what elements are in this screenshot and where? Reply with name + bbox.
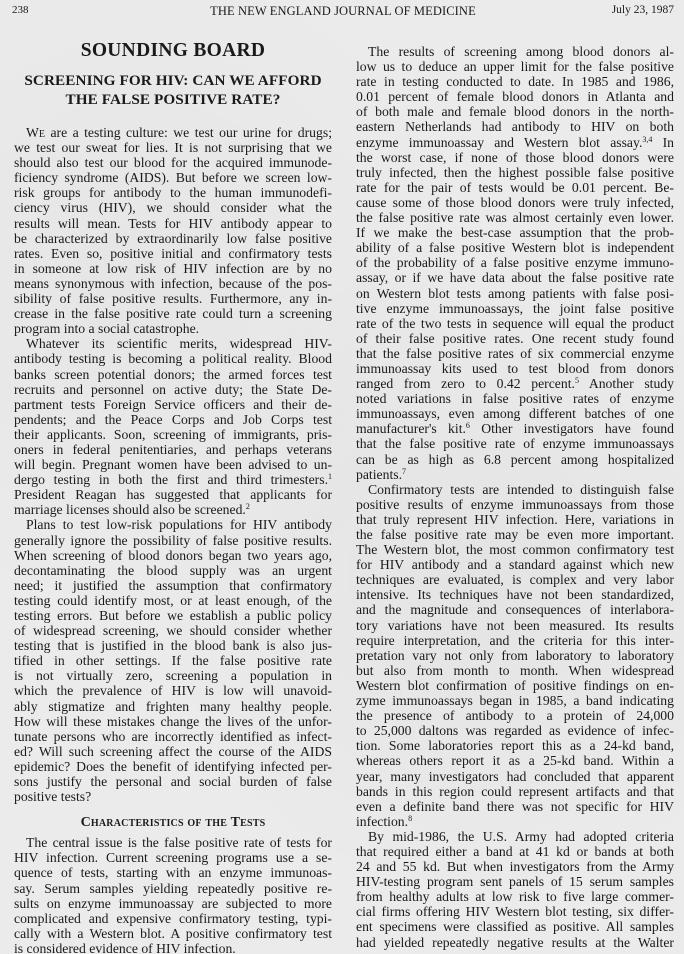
text-line: had yielded repeatedly negative results … — [356, 935, 674, 950]
text-line: Confirmatory tests are intended to disti… — [356, 482, 674, 497]
text-line: dergo testing in both the first and thir… — [14, 472, 332, 487]
text-line: tive enzyme immunoassays, the joint fals… — [356, 301, 674, 316]
text-line: which the prevalence of HIV is low will … — [14, 683, 332, 698]
text-line: tunate persons who are incorrectly ident… — [14, 729, 332, 744]
text-line: in someone at low risk of HIV infection … — [14, 261, 332, 276]
text-line: results will mean. Tests for HIV antibod… — [14, 216, 332, 231]
text-line: means synonymous with infection, because… — [14, 276, 332, 291]
text-line: on Western blot tests among patients wit… — [356, 286, 674, 301]
text-line: cally with a Western blot. A positive co… — [14, 926, 332, 941]
text-line: assay, or if we have data about the fals… — [356, 270, 674, 285]
text-line: The results of screening among blood don… — [356, 44, 674, 59]
text-line: that the false positive rate of enzyme i… — [356, 436, 674, 451]
text-line: should also test our blood for the acqui… — [14, 155, 332, 170]
paragraph-low-risk-plans: Plans to test low-risk populations for H… — [14, 517, 332, 804]
text-line: from healthy adults at low risk to five … — [356, 889, 674, 904]
text-line: to 25,000 daltons was regarded as eviden… — [356, 723, 674, 738]
text-line: rates. Even so, positive initial and con… — [14, 246, 332, 261]
text-line: When screening of blood donors began two… — [14, 548, 332, 563]
text-line: 0.01 percent of female blood donors in A… — [356, 89, 674, 104]
paragraph-army-criteria: By mid-1986, the U.S. Army had adopted c… — [356, 829, 674, 950]
paragraph-blood-donors: The results of screening among blood don… — [356, 44, 674, 482]
text-line: partment tests Foreign Service officers … — [14, 397, 332, 412]
text-line: The central issue is the false positive … — [14, 835, 332, 850]
text-line: oners in federal penitentiaries, and per… — [14, 442, 332, 457]
text-line: year, many investigators had concluded t… — [356, 769, 674, 784]
subheading-characteristics: Characteristics of the Tests — [14, 815, 332, 831]
article-title: SCREENING FOR HIV: CAN WE AFFORD THE FAL… — [14, 71, 332, 109]
text-line: ed? Will such screening affect the cours… — [14, 744, 332, 759]
text-line: ably stigmatize and frighten many health… — [14, 699, 332, 714]
text-line: noted variations in false positive rates… — [356, 391, 674, 406]
text-line: and the magnitude and consequences of in… — [356, 602, 674, 617]
text-line: for HIV antibody and a standard against … — [356, 557, 674, 572]
text-line: intensive. Its techniques have not been … — [356, 587, 674, 602]
text-line: the worst case, if none of those blood d… — [356, 150, 674, 165]
text-line: rate in testing conducted to date. In 19… — [356, 74, 674, 89]
text-line: but also from month to month. When wides… — [356, 663, 674, 678]
drop-lead-word: We — [26, 125, 45, 140]
article-title-line-2: THE FALSE POSITIVE RATE? — [14, 90, 332, 109]
section-title: SOUNDING BOARD — [14, 40, 332, 62]
left-column: SOUNDING BOARD SCREENING FOR HIV: CAN WE… — [14, 40, 332, 954]
text-line: HIV infection. Current screening program… — [14, 850, 332, 865]
text-line: We are a testing culture: we test our ur… — [14, 125, 332, 140]
text-line: require interpretation, and the criteria… — [356, 633, 674, 648]
text-line: tory variations have not been measured. … — [356, 618, 674, 633]
text-line: sibility of false positive results. Furt… — [14, 291, 332, 306]
text-line: quence of tests, starting with an enzyme… — [14, 865, 332, 880]
text-line: we test our sweat for lies. It is not su… — [14, 140, 332, 155]
text-line: be characterized by extraordinarily low … — [14, 231, 332, 246]
text-line: ability of a false positive Western blot… — [356, 240, 674, 255]
text-line: of both male and female blood donors in … — [356, 104, 674, 119]
paragraph-political-reality: Whatever its scientific merits, widespre… — [14, 336, 332, 517]
article-title-line-1: SCREENING FOR HIV: CAN WE AFFORD — [14, 71, 332, 90]
text-line: that truly represent HIV infection. Here… — [356, 512, 674, 527]
text-line: tion. Some laboratories report this as a… — [356, 738, 674, 753]
reference-marker: 1 — [328, 472, 332, 481]
text-line: Plans to test low-risk populations for H… — [14, 517, 332, 532]
text-line: enzyme immunoassay and Western blot assa… — [356, 135, 674, 150]
text-line: testing that is justified in the blood b… — [14, 638, 332, 653]
text-line: techniques are evaluated, is complex and… — [356, 572, 674, 587]
text-line: manufacturer's kit.6 Other investigators… — [356, 421, 674, 436]
text-line: infection.8 — [356, 814, 674, 829]
text-line: Western blot confirmation of positive fi… — [356, 678, 674, 693]
text-line: tified in other settings. If the false p… — [14, 653, 332, 668]
text-line: say. Serum samples yielding repeatedly p… — [14, 881, 332, 896]
text-line: of their false positive rates. One recen… — [356, 331, 674, 346]
text-line: that required either a band at 41 kd or … — [356, 844, 674, 859]
text-line: sons justify the personal and social bur… — [14, 774, 332, 789]
text-line: immunoassay kits used to test blood from… — [356, 361, 674, 376]
text-line: cause some of those blood donors were tr… — [356, 195, 674, 210]
journal-title: THE NEW ENGLAND JOURNAL OF MEDICINE — [12, 4, 674, 19]
text-line: patients.7 — [356, 467, 674, 482]
text-line: need; it justified the assumption that c… — [14, 578, 332, 593]
text-line: Whatever its scientific merits, widespre… — [14, 336, 332, 351]
text-line: whereas others report it as a 25-kd band… — [356, 753, 674, 768]
issue-date: July 23, 1987 — [612, 4, 674, 16]
reference-marker: 2 — [246, 502, 250, 511]
text-line: of widespread screening, we should consi… — [14, 623, 332, 638]
text-line: truly infected, then the highest possibl… — [356, 165, 674, 180]
text-line: is considered evidence of HIV infection. — [14, 941, 332, 954]
text-line: ciency virus (HIV), we should consider w… — [14, 200, 332, 215]
paragraph-confirmatory-tests: Confirmatory tests are intended to disti… — [356, 482, 674, 829]
running-head: 238 THE NEW ENGLAND JOURNAL OF MEDICINE … — [12, 4, 674, 20]
text-line: President Reagan has suggested that appl… — [14, 487, 332, 502]
text-line: rate for the pair of tests would be 0.01… — [356, 180, 674, 195]
text-line: How will these mistakes change the lives… — [14, 714, 332, 729]
text-line: antibody testing is becoming a political… — [14, 351, 332, 366]
text-line: The Western blot, the most common confir… — [356, 542, 674, 557]
text-line: pretation vary not only from laboratory … — [356, 648, 674, 663]
text-line: 24 and 55 kd. But when investigators fro… — [356, 859, 674, 874]
text-line: immunoassays, even among different batch… — [356, 406, 674, 421]
text-line: banks screen potential donors; the armed… — [14, 367, 332, 382]
text-line: epidemic? Does the benefit of identifyin… — [14, 759, 332, 774]
text-line: testing errors. But before we establish … — [14, 608, 332, 623]
text-line: ent specimens were classified as positiv… — [356, 919, 674, 934]
text-line: will begin. Pregnant women have been adv… — [14, 457, 332, 472]
reference-marker: 3,4 — [642, 135, 652, 144]
text-line: ficiency syndrome (AIDS). But before we … — [14, 170, 332, 185]
text-line: the false positive rate was almost certa… — [356, 210, 674, 225]
text-line: risk groups for antibody to the human im… — [14, 185, 332, 200]
text-line: zyme immunoassays began in 1985, a band … — [356, 693, 674, 708]
text-line: low us to deduce an upper limit for the … — [356, 59, 674, 74]
text-line: ranged from zero to 0.42 percent.5 Anoth… — [356, 376, 674, 391]
text-line: the false positive rate may be even more… — [356, 527, 674, 542]
text-line: generally ignore the possibility of fals… — [14, 533, 332, 548]
text-line: crease in the false positive rate could … — [14, 306, 332, 321]
text-line: decontaminating the blood supply was an … — [14, 563, 332, 578]
text-line: that the false positive rates of six com… — [356, 346, 674, 361]
text-line: bands in this region could represent art… — [356, 784, 674, 799]
text-line: sults on enzyme immunoassay are subjecte… — [14, 896, 332, 911]
text-line: recruits and personnel on active duty; t… — [14, 382, 332, 397]
text-line: eastern Netherlands had antibody to HIV … — [356, 119, 674, 134]
text-line: rate of the two tests in sequence will e… — [356, 316, 674, 331]
text-line: can be as high as 6.8 percent among hosp… — [356, 452, 674, 467]
text-line: complicated and expensive confirmatory t… — [14, 911, 332, 926]
text-line: testing could identify most, or at least… — [14, 593, 332, 608]
paragraph-intro: We are a testing culture: we test our ur… — [14, 125, 332, 336]
text-line: positive tests? — [14, 789, 332, 804]
reference-marker: 7 — [402, 467, 406, 476]
text-line: even a definite band there was not speci… — [356, 799, 674, 814]
text-line: By mid-1986, the U.S. Army had adopted c… — [356, 829, 674, 844]
text-line: positive results of enzyme immunoassays … — [356, 497, 674, 512]
text-line: cial firms offering HIV Western blot tes… — [356, 904, 674, 919]
reference-marker: 8 — [408, 814, 412, 823]
text-line: If we make the best-case assumption that… — [356, 225, 674, 240]
text-line: the presence of antibody to a protein of… — [356, 708, 674, 723]
text-line: HIV-testing program sent panels of 15 se… — [356, 874, 674, 889]
text-line: marriage licenses should also be screene… — [14, 502, 332, 517]
text-line: is not virtually zero, screening a popul… — [14, 668, 332, 683]
text-line: pendents; and the Peace Corps and Job Co… — [14, 412, 332, 427]
text-line: program into a social catastrophe. — [14, 321, 332, 336]
text-line: their applicants. Soon, screening of imm… — [14, 427, 332, 442]
paragraph-central-issue: The central issue is the false positive … — [14, 835, 332, 954]
right-column: The results of screening among blood don… — [356, 44, 674, 950]
text-line: of the probability of a false positive e… — [356, 255, 674, 270]
journal-page: 238 THE NEW ENGLAND JOURNAL OF MEDICINE … — [0, 0, 684, 954]
